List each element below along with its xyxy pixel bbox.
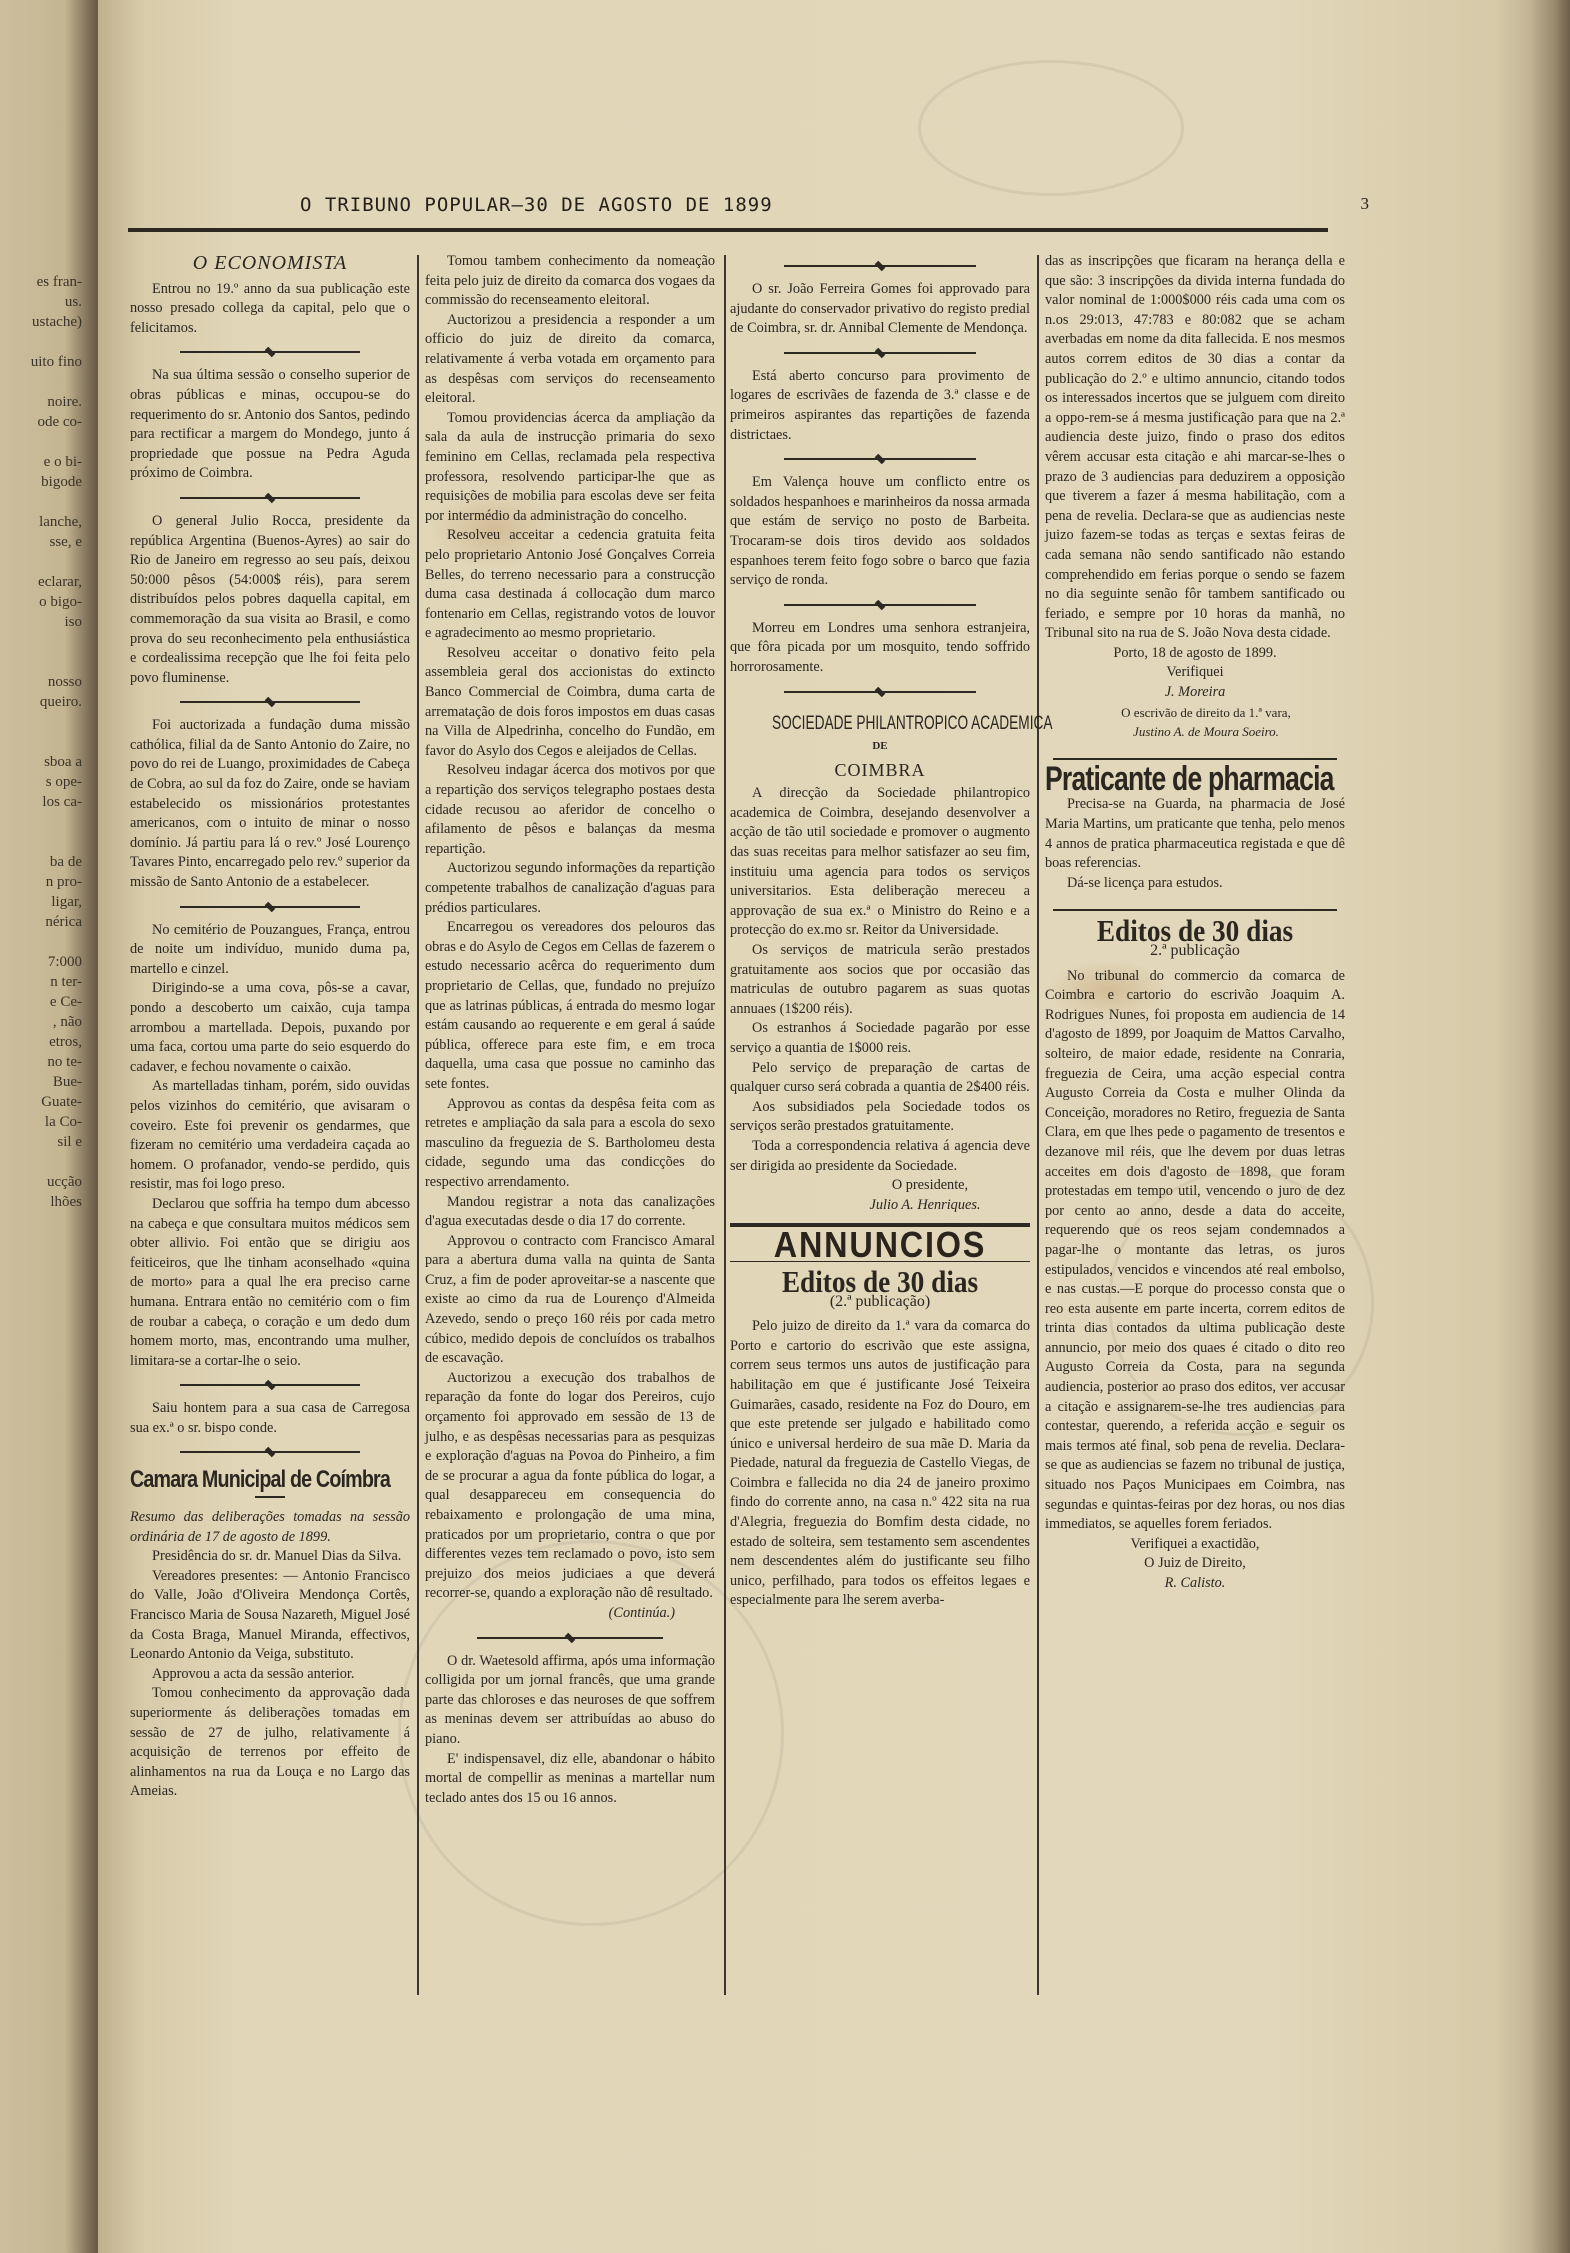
column-rule xyxy=(1037,255,1039,1995)
gutter-fragment: ligar, xyxy=(2,892,82,912)
gutter-fragment: e Ce- xyxy=(2,992,82,1012)
sociedade-heading: SOCIEDADE PHILANTROPICO ACADEMICA xyxy=(772,714,988,734)
ornamental-separator xyxy=(730,341,1030,365)
ornamental-separator xyxy=(130,1373,410,1397)
editos-signature-moreira: J. Moreira xyxy=(1045,683,1345,703)
gutter-fragment: e o bi- xyxy=(2,452,82,472)
gutter-fragment: n pro- xyxy=(2,872,82,892)
gutter-fragment xyxy=(2,652,82,672)
article-piano-p2: E' indispensavel, diz elle, abandonar o … xyxy=(425,1750,715,1809)
gutter-fragment xyxy=(2,332,82,352)
gutter-fragment: , não xyxy=(2,1012,82,1032)
sociedade-p4: Pelo serviço de preparação de cartas de … xyxy=(730,1059,1030,1098)
gutter-fragment: o bigo- xyxy=(2,592,82,612)
article-piano-p1: O dr. Waetesold affirma, após uma inform… xyxy=(425,1652,715,1750)
sociedade-signoff: O presidente, xyxy=(730,1176,1030,1196)
gutter-fragment: s ope- xyxy=(2,772,82,792)
gutter-fragment: n ter- xyxy=(2,972,82,992)
gutter-fragment: es fran- xyxy=(2,272,82,292)
gutter-fragment: ode co- xyxy=(2,412,82,432)
ornamental-separator xyxy=(130,486,410,510)
camara-item: Tomou providencias ácerca da ampliação d… xyxy=(425,409,715,527)
gutter-fragment: ustache) xyxy=(2,312,82,332)
camara-tomou: Tomou conhecimento da approvação dada su… xyxy=(130,1684,410,1802)
gutter-fragment xyxy=(2,832,82,852)
editos-date: Porto, 18 de agosto de 1899. xyxy=(1045,644,1345,664)
article-bispo: Saiu hontem para a sua casa de Carregosa… xyxy=(130,1399,410,1438)
newspaper-title: O TRIBUNO POPULAR—30 DE AGOSTO DE 1899 xyxy=(300,194,773,216)
sociedade-signature: Julio A. Henriques. xyxy=(730,1196,1030,1216)
ornamental-separator xyxy=(730,593,1030,617)
gutter-fragment: queiro. xyxy=(2,692,82,712)
gutter-fragment: sse, e xyxy=(2,532,82,552)
editos2-juiz: O Juiz de Direito, xyxy=(1045,1554,1345,1574)
gutter-fragment: los ca- xyxy=(2,792,82,812)
article-cemiterio-p4: Declarou que soffria ha tempo dum abcess… xyxy=(130,1195,410,1371)
gutter-fragment: la Co- xyxy=(2,1112,82,1132)
editos2-text: No tribunal do commercio da comarca de C… xyxy=(1045,967,1345,1535)
gutter-fragment: uito fino xyxy=(2,352,82,372)
editos-verifiquei: Verifiquei xyxy=(1045,663,1345,683)
article-cemiterio-p3: As martelladas tinham, porém, sido ouvid… xyxy=(130,1077,410,1195)
sociedade-p2: Os serviços de matricula serão prestados… xyxy=(730,941,1030,1019)
article-obras-publicas: Na sua última sessão o conselho superior… xyxy=(130,366,410,484)
gutter-fragment: lanche, xyxy=(2,512,82,532)
ornamental-separator xyxy=(730,447,1030,471)
camara-item: Approvou o contracto com Francisco Amara… xyxy=(425,1232,715,1369)
masthead: O TRIBUNO POPULAR—30 DE AGOSTO DE 1899 3 xyxy=(300,190,1400,224)
gutter-fragment: 7:000 xyxy=(2,952,82,972)
pharmacia-licenca: Dá-se licença para estudos. xyxy=(1045,874,1345,894)
sociedade-de: DE xyxy=(730,737,1030,757)
gutter-fragment: bigode xyxy=(2,472,82,492)
gutter-fragment: us. xyxy=(2,292,82,312)
article-londres: Morreu em Londres uma senhora estranjeir… xyxy=(730,619,1030,678)
editos-continuation: das as inscripções que ficaram na heranç… xyxy=(1045,252,1345,644)
previous-page-text-fragments: es fran-us.ustache)uito finonoire.ode co… xyxy=(2,272,82,1212)
gutter-fragment: Bue- xyxy=(2,1072,82,1092)
ornamental-separator xyxy=(730,680,1030,704)
camara-item: Resolveu indagar ácerca dos motivos por … xyxy=(425,761,715,859)
camara-acta: Approvou a acta da sessão anterior. xyxy=(130,1665,410,1685)
editos-signature-soeiro: Justino A. de Moura Soeiro. xyxy=(1045,722,1345,742)
article-valenca: Em Valença houve um conflicto entre os s… xyxy=(730,473,1030,591)
camara-item: Encarregou os vereadores dos pelouros da… xyxy=(425,918,715,1094)
gutter-fragment xyxy=(2,1152,82,1172)
pharmacia-heading: Praticante de pharmacia xyxy=(1045,770,1279,790)
column-1: O ECONOMISTA Entrou no 19.º anno da sua … xyxy=(130,252,410,1802)
camara-heading: Camara Municipal de Coímbra xyxy=(130,1470,360,1490)
gutter-fragment: sboa a xyxy=(2,752,82,772)
ornamental-separator xyxy=(130,340,410,364)
ornamental-separator xyxy=(730,254,1030,278)
gutter-fragment xyxy=(2,552,82,572)
camara-item: Auctorizou segundo informações da repart… xyxy=(425,859,715,918)
article-rocca: O general Julio Rocca, presidente da rep… xyxy=(130,512,410,688)
camara-item: Resolveu acceitar a cedencia gratuita fe… xyxy=(425,526,715,644)
camara-item: Resolveu acceitar o donativo feito pela … xyxy=(425,644,715,762)
sociedade-p6: Toda a correspondencia relativa á agenci… xyxy=(730,1137,1030,1176)
editos2-verifiquei: Verifiquei a exactidão, xyxy=(1045,1535,1345,1555)
editos-escrivao: O escrivão de direito da 1.ª vara, xyxy=(1045,703,1345,723)
pharmacia-text: Precisa-se na Guarda, na pharmacia de Jo… xyxy=(1045,795,1345,873)
gutter-fragment xyxy=(2,432,82,452)
camara-subtitle: Resumo das deliberações tomadas na sessã… xyxy=(130,1508,410,1547)
gutter-fragment: noire. xyxy=(2,392,82,412)
gutter-fragment xyxy=(2,932,82,952)
column-4: das as inscripções que ficaram na heranç… xyxy=(1045,252,1345,1594)
article-gomes: O sr. João Ferreira Gomes foi approvado … xyxy=(730,280,1030,339)
gutter-fragment: lhões xyxy=(2,1192,82,1212)
column-3: O sr. João Ferreira Gomes foi approvado … xyxy=(730,252,1030,1611)
ornamental-separator xyxy=(130,895,410,919)
camara-item: Mandou registrar a nota das canalizações… xyxy=(425,1193,715,1232)
gutter-fragment: eclarar, xyxy=(2,572,82,592)
masthead-rule xyxy=(128,228,1328,232)
gutter-fragment xyxy=(2,372,82,392)
ornamental-separator xyxy=(130,690,410,714)
sociedade-p5: Aos subsidiados pela Sociedade todos os … xyxy=(730,1098,1030,1137)
editos-heading: Editos de 30 dias xyxy=(748,1272,1012,1292)
gutter-fragment xyxy=(2,732,82,752)
section-rule xyxy=(1053,909,1337,911)
column-2: Tomou tambem conhecimento da nomeação fe… xyxy=(425,252,715,1808)
gutter-fragment: iso xyxy=(2,612,82,632)
sociedade-p3: Os estranhos á Sociedade pagarão por ess… xyxy=(730,1019,1030,1058)
gutter-fragment: no te- xyxy=(2,1052,82,1072)
editos2-signature: R. Calisto. xyxy=(1045,1574,1345,1594)
gutter-fragment: nérica xyxy=(2,912,82,932)
article-cemiterio-p1: No cemitério de Pouzangues, França, entr… xyxy=(130,921,410,980)
gutter-fragment: nosso xyxy=(2,672,82,692)
gutter-fragment: ba de xyxy=(2,852,82,872)
camara-item: Auctorizou a presidencia a responder a u… xyxy=(425,311,715,409)
page-edge-shadow xyxy=(1530,0,1570,2253)
article-missao: Foi auctorizada a fundação duma missão c… xyxy=(130,716,410,892)
gutter-fragment: sil e xyxy=(2,1132,82,1152)
short-rule xyxy=(255,1496,285,1498)
bleed-through-stamp xyxy=(918,60,1184,196)
camara-presidencia: Presidência do sr. dr. Manuel Dias da Si… xyxy=(130,1547,410,1567)
economista-heading: O ECONOMISTA xyxy=(130,254,410,274)
gutter-fragment: etros, xyxy=(2,1032,82,1052)
column-rule xyxy=(724,255,726,1995)
gutter-fragment xyxy=(2,812,82,832)
sociedade-p1: A direcção da Sociedade philantropico ac… xyxy=(730,784,1030,941)
column-rule xyxy=(417,255,419,1995)
camara-vereadores: Vereadores presentes: — Antonio Francisc… xyxy=(130,1567,410,1665)
article-economista: Entrou no 19.º anno da sua publicação es… xyxy=(130,280,410,339)
gutter-fragment xyxy=(2,632,82,652)
editos2-heading: Editos de 30 dias xyxy=(1063,921,1327,941)
camara-item: Approvou as contas da despêsa feita com … xyxy=(425,1095,715,1193)
article-cemiterio-p2: Dirigindo-se a uma cova, pôs-se a cavar,… xyxy=(130,979,410,1077)
annuncios-heading: ANNUNCIOS xyxy=(745,1235,1015,1255)
article-concurso: Está aberto concurso para provimento de … xyxy=(730,367,1030,445)
camara-item: Tomou tambem conhecimento da nomeação fe… xyxy=(425,252,715,311)
ornamental-separator xyxy=(130,1440,410,1464)
gutter-fragment xyxy=(2,712,82,732)
gutter-fragment: ucção xyxy=(2,1172,82,1192)
page-number: 3 xyxy=(1361,194,1371,214)
gutter-fragment xyxy=(2,492,82,512)
sociedade-city: COIMBRA xyxy=(730,761,1030,781)
continua-note: (Continúa.) xyxy=(425,1604,715,1624)
camara-item: Auctorizou a execução dos trabalhos de r… xyxy=(425,1369,715,1604)
ornamental-separator xyxy=(425,1626,715,1650)
editos-text: Pelo juizo de direito da 1.ª vara da com… xyxy=(730,1317,1030,1611)
gutter-fragment: Guate- xyxy=(2,1092,82,1112)
